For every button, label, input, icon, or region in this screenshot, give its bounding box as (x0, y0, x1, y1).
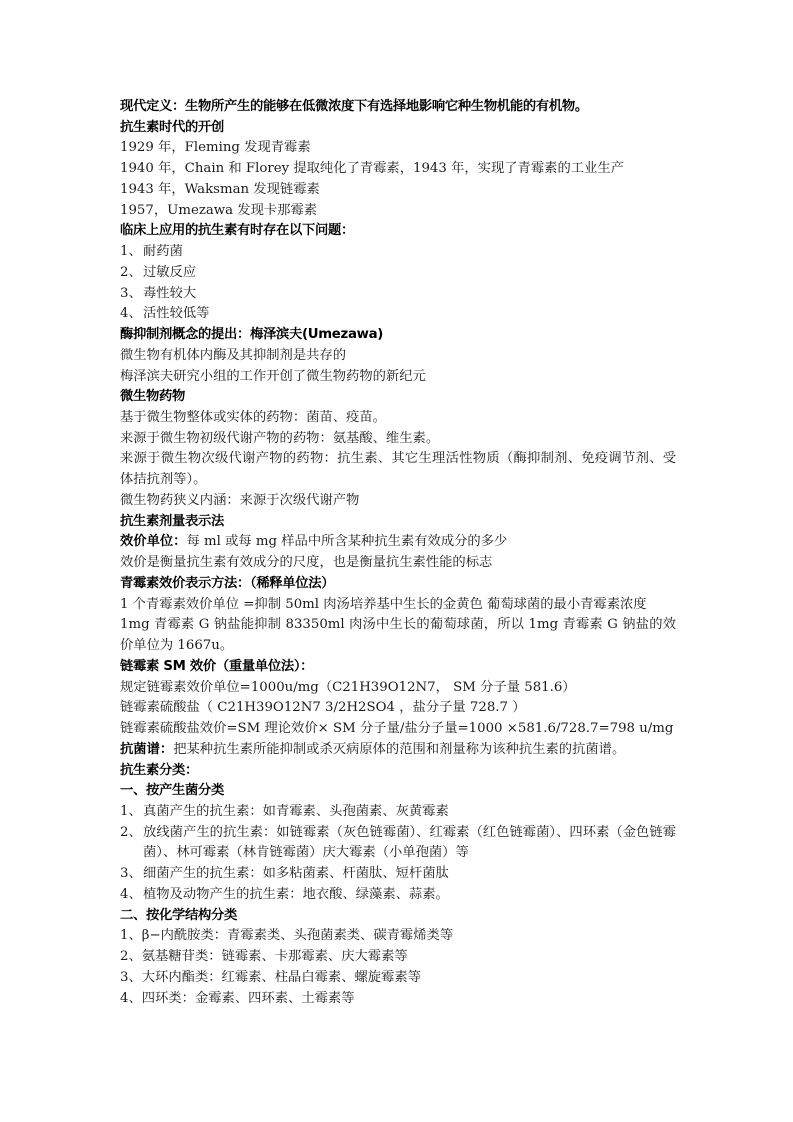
by-producer-heading: 一、按产生菌分类 (120, 781, 676, 802)
list-number: 2、 (120, 823, 143, 844)
era-item: 1957，Umezawa 发现卡那霉素 (120, 201, 676, 222)
streptomycin-heading: 链霉素 SM 效价（重量单位法）： (120, 657, 676, 678)
producer-item: 1、真菌产生的抗生素：如青霉素、头孢菌素、灰黄霉素 (120, 802, 676, 823)
list-number: 3、 (120, 284, 143, 305)
microbial-drugs-line: 基于微生物整体或实体的药物：菌苗、疫苗。 (120, 408, 676, 429)
penicillin-line: 1mg 青霉素 G 钠盐能抑制 83350ml 肉汤中生长的葡萄球菌，所以 1m… (120, 615, 676, 656)
classification-heading: 抗生素分类： (120, 761, 676, 782)
list-text: 过敏反应 (143, 265, 196, 280)
spectrum-line: 抗菌谱：把某种抗生素所能抑制或杀灭病原体的范围和剂量称为该种抗生素的抗菌谱。 (120, 740, 676, 761)
era-heading: 抗生素时代的开创 (120, 118, 676, 139)
list-text: 耐药菌 (143, 244, 183, 259)
era-item: 1943 年，Waksman 发现链霉素 (120, 180, 676, 201)
list-number: 4、 (120, 885, 143, 906)
problem-item: 4、活性较低等 (120, 304, 676, 325)
list-text: 真菌产生的抗生素：如青霉素、头孢菌素、灰黄霉素 (143, 804, 449, 819)
list-number: 3、 (120, 864, 143, 885)
potency-note: 效价是衡量抗生素有效成分的尺度，也是衡量抗生素性能的标志 (120, 553, 676, 574)
dosage-heading: 抗生素剂量表示法 (120, 512, 676, 533)
list-number: 2、 (120, 263, 143, 284)
structure-item: 1、β−内酰胺类：青霉素类、头孢菌素类、碳青霉烯类等 (120, 926, 676, 947)
microbial-drugs-line: 来源于微生物次级代谢产物的药物：抗生素、其它生理活性物质（酶抑制剂、免疫调节剂、… (120, 449, 676, 490)
producer-item: 2、放线菌产生的抗生素：如链霉素（灰色链霉菌）、红霉素（红色链霉菌）、四环素（金… (120, 823, 676, 864)
potency-unit-text: 每 ml 或每 mg 样品中所含某种抗生素有效成分的多少 (186, 534, 507, 549)
problem-item: 2、过敏反应 (120, 263, 676, 284)
structure-item: 2、氨基糖苷类：链霉素、卡那霉素、庆大霉素等 (120, 947, 676, 968)
penicillin-heading: 青霉素效价表示方法：（稀释单位法） (120, 574, 676, 595)
spectrum-label: 抗菌谱： (120, 742, 173, 757)
microbial-drugs-line: 来源于微生物初级代谢产物的药物：氨基酸、维生素。 (120, 429, 676, 450)
enzyme-heading: 酶抑制剂概念的提出：梅泽滨夫(Umezawa) (120, 325, 676, 346)
problem-item: 1、耐药菌 (120, 242, 676, 263)
list-number: 4、 (120, 304, 143, 325)
producer-item: 4、植物及动物产生的抗生素：地衣酸、绿藻素、蒜素。 (120, 885, 676, 906)
structure-item: 4、四环类：金霉素、四环素、土霉素等 (120, 989, 676, 1010)
list-text: 细菌产生的抗生素：如多粘菌素、杆菌肽、短杆菌肽 (143, 866, 449, 881)
list-text: 放线菌产生的抗生素：如链霉素（灰色链霉菌）、红霉素（红色链霉菌）、四环素（金色链… (143, 825, 676, 861)
definition-heading: 现代定义：生物所产生的能够在低微浓度下有选择地影响它种生物机能的有机物。 (120, 97, 676, 118)
streptomycin-line: 链霉素硫酸盐（ C21H39O12N7 3/2H2SO4 ，盐分子量 728.7… (120, 698, 676, 719)
list-text: 植物及动物产生的抗生素：地衣酸、绿藻素、蒜素。 (143, 887, 449, 902)
list-text: 活性较低等 (143, 306, 209, 321)
problems-heading: 临床上应用的抗生素有时存在以下问题： (120, 221, 676, 242)
problem-item: 3、毒性较大 (120, 284, 676, 305)
document-page: 现代定义：生物所产生的能够在低微浓度下有选择地影响它种生物机能的有机物。 抗生素… (120, 97, 676, 1009)
era-item: 1940 年，Chain 和 Florey 提取纯化了青霉素，1943 年，实现… (120, 159, 676, 180)
streptomycin-line: 规定链霉素效价单位=1000u/mg（C21H39O12N7， SM 分子量 5… (120, 678, 676, 699)
list-text: 毒性较大 (143, 286, 196, 301)
structure-item: 3、大环内酯类：红霉素、柱晶白霉素、螺旋霉素等 (120, 968, 676, 989)
enzyme-line: 微生物有机体内酶及其抑制剂是共存的 (120, 346, 676, 367)
by-structure-heading: 二、按化学结构分类 (120, 906, 676, 927)
streptomycin-line: 链霉素硫酸盐效价=SM 理论效价× SM 分子量/盐分子量=1000 ×581.… (120, 719, 676, 740)
era-item: 1929 年，Fleming 发现青霉素 (120, 138, 676, 159)
enzyme-line: 梅泽滨夫研究小组的工作开创了微生物药物的新纪元 (120, 367, 676, 388)
microbial-drugs-heading: 微生物药物 (120, 387, 676, 408)
microbial-drugs-line: 微生物药狭义内涵：来源于次级代谢产物 (120, 491, 676, 512)
potency-unit-line: 效价单位：每 ml 或每 mg 样品中所含某种抗生素有效成分的多少 (120, 532, 676, 553)
list-number: 1、 (120, 802, 143, 823)
producer-item: 3、细菌产生的抗生素：如多粘菌素、杆菌肽、短杆菌肽 (120, 864, 676, 885)
penicillin-line: 1 个青霉素效价单位 =抑制 50ml 肉汤培养基中生长的金黄色 葡萄球菌的最小… (120, 595, 676, 616)
spectrum-text: 把某种抗生素所能抑制或杀灭病原体的范围和剂量称为该种抗生素的抗菌谱。 (173, 742, 625, 757)
list-number: 1、 (120, 242, 143, 263)
potency-unit-label: 效价单位： (120, 534, 186, 549)
